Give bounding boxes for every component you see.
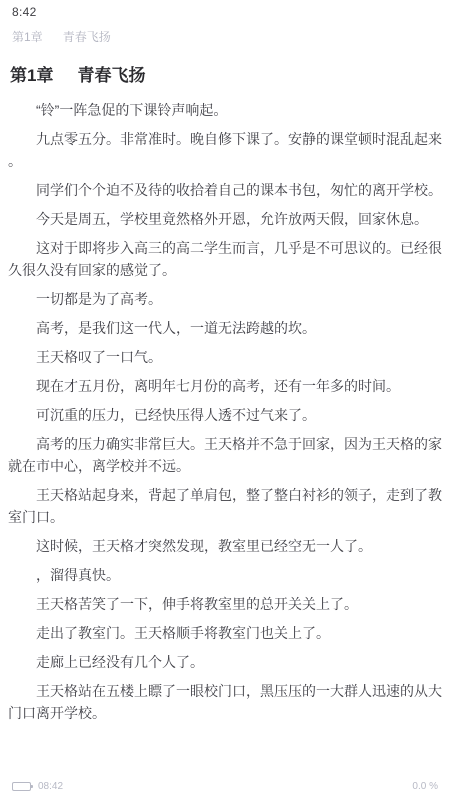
breadcrumb-title: 青春飞扬 [63,28,111,45]
paragraph: 现在才五月份，离明年七月份的高考，还有一年多的时间。 [8,375,442,397]
paragraph: 王天格站在五楼上瞟了一眼校门口，黑压压的一大群人迅速的从大门口离开学校。 [8,680,442,724]
paragraph: 一切都是为了高考。 [8,288,442,310]
paragraph: “铃”一阵急促的下课铃声响起。 [8,99,442,121]
chapter-heading: 第1章 青春飞扬 [10,61,440,86]
reading-progress: 0.0 % [412,781,438,792]
paragraph: 同学们个个迫不及待的收拾着自己的课本书包，匆忙的离开学校。 [8,179,442,201]
paragraph: ，溜得真快。 [8,564,442,586]
paragraph: 王天格叹了一口气。 [8,346,442,368]
breadcrumb: 第1章 青春飞扬 [0,19,450,45]
paragraph: 走出了教室门。王天格顺手将教室门也关上了。 [8,622,442,644]
paragraph: 高考，是我们这一代人，一道无法跨越的坎。 [8,317,442,339]
paragraph: 这时候，王天格才突然发现，教室里已经空无一人了。 [8,535,442,557]
paragraph: 可沉重的压力，已经快压得人透不过气来了。 [8,404,442,426]
footer-time: 08:42 [38,781,63,792]
chapter-title: 青春飞扬 [77,61,145,86]
status-time: 8:42 [12,5,37,19]
battery-outline-icon [12,782,31,791]
paragraph: 走廊上已经没有几个人了。 [8,651,442,673]
footer-left: 08:42 [12,781,63,792]
paragraph: 王天格苦笑了一下，伸手将教室里的总开关关上了。 [8,593,442,615]
footer-bar: 08:42 0.0 % [0,781,450,792]
paragraph: 今天是周五，学校里竟然格外开恩，允许放两天假，回家休息。 [8,208,442,230]
reader-page: 8:42 第1章 青春飞扬 第1章 青春飞扬 “铃”一阵急促的下课铃声响起。九点… [0,0,450,724]
paragraph: 高考的压力确实非常巨大。王天格并不急于回家，因为王天格的家就在市中心，离学校并不… [8,433,442,477]
paragraph: 九点零五分。非常准时。晚自修下课了。安静的课堂顿时混乱起来。 [8,128,442,172]
paragraph: 王天格站起身来，背起了单肩包，整了整白衬衫的领子，走到了教室门口。 [8,484,442,528]
paragraph: 这对于即将步入高三的高二学生而言，几乎是不可思议的。已经很久很久没有回家的感觉了… [8,237,442,281]
reader-content[interactable]: “铃”一阵急促的下课铃声响起。九点零五分。非常准时。晚自修下课了。安静的课堂顿时… [0,99,450,724]
status-bar: 8:42 [0,0,450,19]
chapter-number: 第1章 [10,61,53,86]
breadcrumb-chapter: 第1章 [12,28,43,45]
